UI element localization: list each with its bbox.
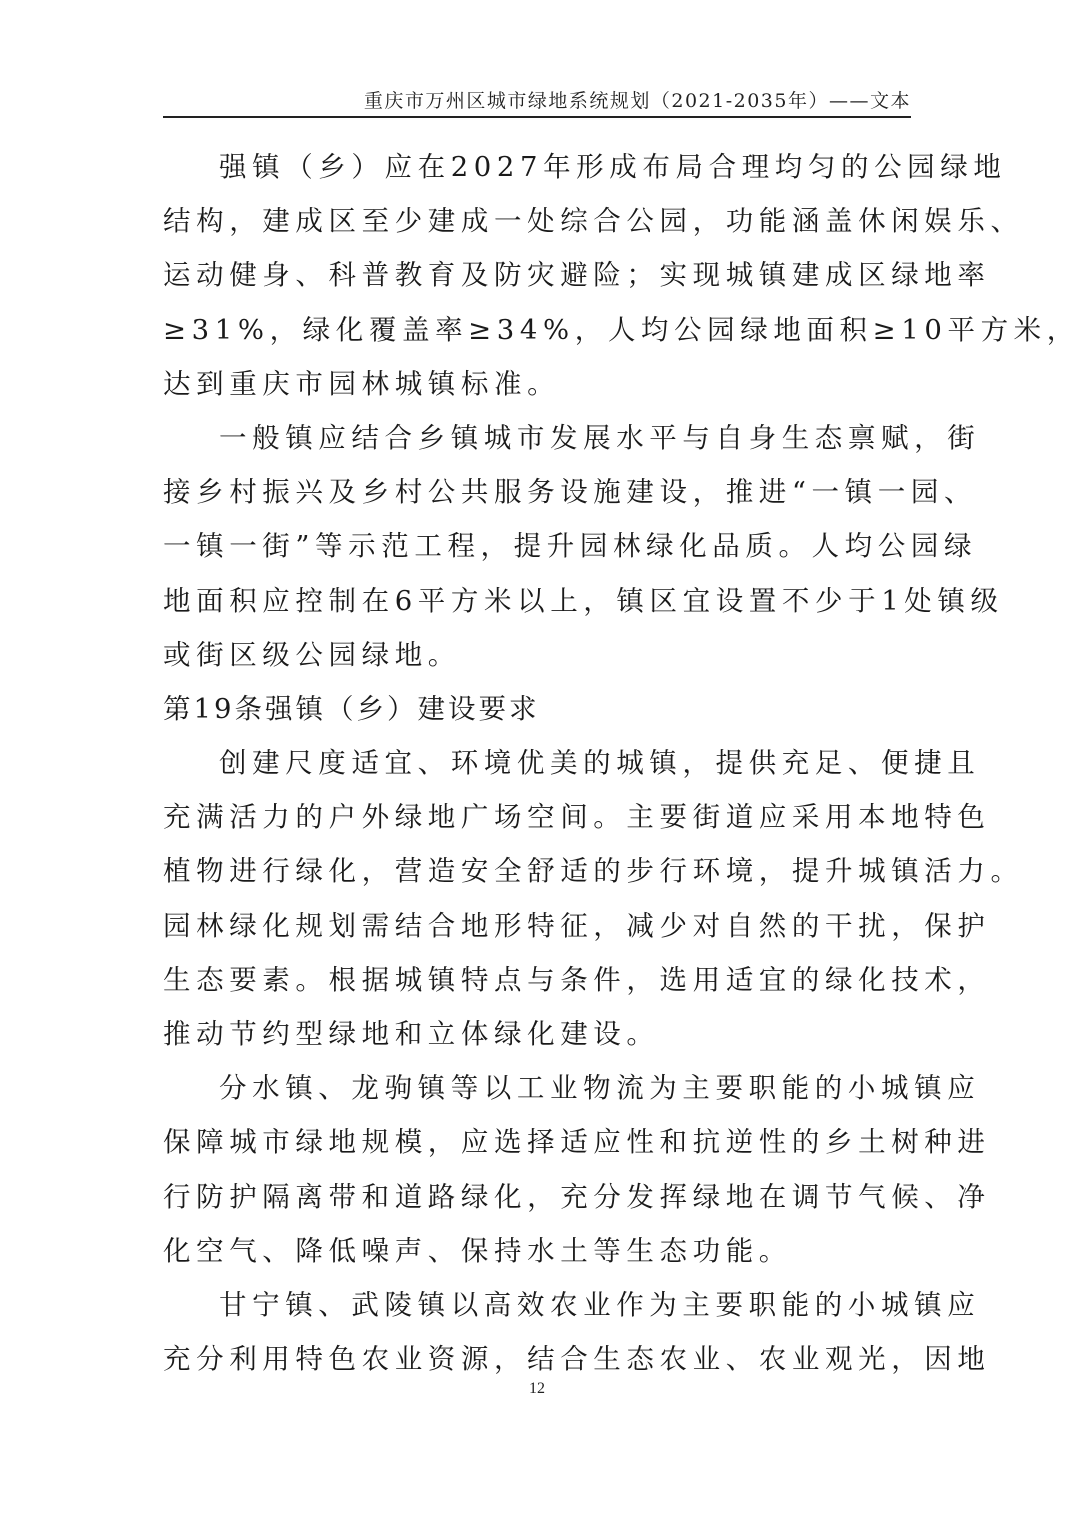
text-line: 推动节约型绿地和立体绿化建设。 xyxy=(163,1007,913,1061)
running-header: 重庆市万州区城市绿地系统规划（2021-2035年）——文本 xyxy=(163,86,911,118)
document-body: 强镇（乡）应在2027年形成布局合理均匀的公园绿地 结构，建成区至少建成一处综合… xyxy=(163,140,913,1386)
text-line: 充分利用特色农业资源，结合生态农业、农业观光，因地 xyxy=(163,1332,913,1386)
text-line: 结构，建成区至少建成一处综合公园，功能涵盖休闲娱乐、 xyxy=(163,194,913,248)
text-line: 一般镇应结合乡镇城市发展水平与自身生态禀赋，街 xyxy=(163,411,913,465)
text-line: 园林绿化规划需结合地形特征，减少对自然的干扰，保护 xyxy=(163,899,913,953)
document-title: 重庆市万州区城市绿地系统规划（2021-2035年）——文本 xyxy=(364,86,911,113)
text-line: 或街区级公园绿地。 xyxy=(163,628,913,682)
text-line: 生态要素。根据城镇特点与条件，选用适宜的绿化技术， xyxy=(163,953,913,1007)
text-line: 地面积应控制在6平方米以上，镇区宜设置不少于1处镇级 xyxy=(163,574,913,628)
text-line: 甘宁镇、武陵镇以高效农业作为主要职能的小城镇应 xyxy=(163,1278,913,1332)
text-line: 一镇一街”等示范工程，提升园林绿化品质。人均公园绿 xyxy=(163,519,913,573)
text-line: 接乡村振兴及乡村公共服务设施建设，推进“一镇一园、 xyxy=(163,465,913,519)
text-line: 达到重庆市园林城镇标准。 xyxy=(163,357,913,411)
text-line: 运动健身、科普教育及防灾避险；实现城镇建成区绿地率 xyxy=(163,248,913,302)
text-line: 行防护隔离带和道路绿化，充分发挥绿地在调节气候、净 xyxy=(163,1170,913,1224)
text-line: 强镇（乡）应在2027年形成布局合理均匀的公园绿地 xyxy=(163,140,913,194)
text-line: 充满活力的户外绿地广场空间。主要街道应采用本地特色 xyxy=(163,790,913,844)
text-line: 化空气、降低噪声、保持水土等生态功能。 xyxy=(163,1224,913,1278)
text-line: 植物进行绿化，营造安全舒适的步行环境，提升城镇活力。 xyxy=(163,844,913,898)
page-number: 12 xyxy=(0,1380,1074,1398)
section-heading: 第19条强镇（乡）建设要求 xyxy=(163,682,913,736)
text-line: 分水镇、龙驹镇等以工业物流为主要职能的小城镇应 xyxy=(163,1061,913,1115)
text-line: 保障城市绿地规模，应选择适应性和抗逆性的乡土树种进 xyxy=(163,1115,913,1169)
text-line: 创建尺度适宜、环境优美的城镇，提供充足、便捷且 xyxy=(163,736,913,790)
text-line: ≥31%，绿化覆盖率≥34%，人均公园绿地面积≥10平方米， xyxy=(163,303,913,357)
